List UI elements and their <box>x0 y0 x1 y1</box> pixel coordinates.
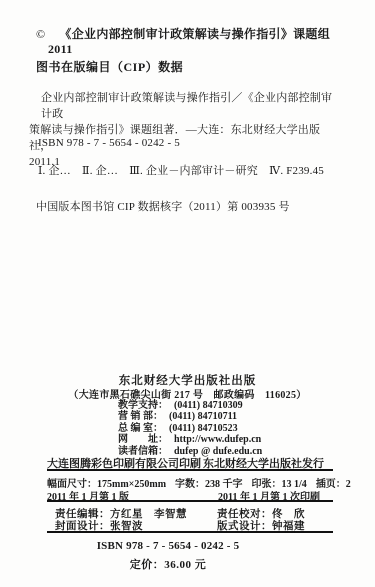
contact-label: 总 编 室： <box>118 423 163 434</box>
book-copyright-page: ©《企业内部控制审计政策解读与操作指引》课题组2011 图书在版编目（CIP）数… <box>0 0 375 587</box>
contact-label: 营 销 部： <box>118 411 163 422</box>
publisher-address: （大连市黑石礁尖山街 217 号 邮政编码 116025） <box>0 386 375 401</box>
contact-value: (0411) 84710711 <box>169 411 237 422</box>
contact-value: (0411) 84710309 <box>174 400 243 411</box>
cip-heading: 图书在版编目（CIP）数据 <box>36 58 183 75</box>
cip-paragraph: 企业内部控制审计政策解读与操作指引／《企业内部控制审计政 策解读与操作指引》课题… <box>29 90 337 170</box>
divider-middle <box>47 500 333 502</box>
copyright-line: ©《企业内部控制审计政策解读与操作指引》课题组2011 <box>36 25 355 57</box>
divider-top <box>47 469 333 471</box>
publisher-contacts: 教学支持：(0411) 84710309 营 销 部：(0411) 847107… <box>118 400 262 457</box>
contact-label: 网 址： <box>118 434 168 445</box>
cip-paragraph-line1: 企业内部控制审计政策解读与操作指引／《企业内部控制审计政 <box>29 90 337 122</box>
copyright-symbol: © <box>36 27 45 41</box>
cip-classification: Ⅰ. 企… Ⅱ. 企… Ⅲ. 企业－内部审计－研究 Ⅳ. F239.45 <box>38 162 355 178</box>
contact-row-editorial-office: 总 编 室：(0411) 84710523 <box>118 423 262 434</box>
cip-registry-number: 中国版本图书馆 CIP 数据核字（2011）第 003935 号 <box>36 198 355 214</box>
contact-value-website: http://www.dufep.cn <box>174 434 261 445</box>
footer-isbn: ISBN 978 - 7 - 5654 - 0242 - 5 <box>0 540 336 552</box>
contact-value: (0411) 84710523 <box>169 423 238 434</box>
cip-isbn: ISBN 978 - 7 - 5654 - 0242 - 5 <box>38 137 180 149</box>
footer-price: 定价：36.00 元 <box>0 556 336 572</box>
contact-row-teaching-support: 教学支持：(0411) 84710309 <box>118 400 262 411</box>
copyright-holder: 《企业内部控制审计政策解读与操作指引》课题组 <box>59 27 330 41</box>
contact-row-website: 网 址：http://www.dufep.cn <box>118 434 262 445</box>
contact-label: 教学支持： <box>118 400 168 411</box>
divider-bottom <box>47 531 333 533</box>
copyright-year: 2011 <box>48 42 73 56</box>
spec-inserts: 插页：2 <box>316 479 351 490</box>
contact-row-marketing: 营 销 部：(0411) 84710711 <box>118 411 262 422</box>
